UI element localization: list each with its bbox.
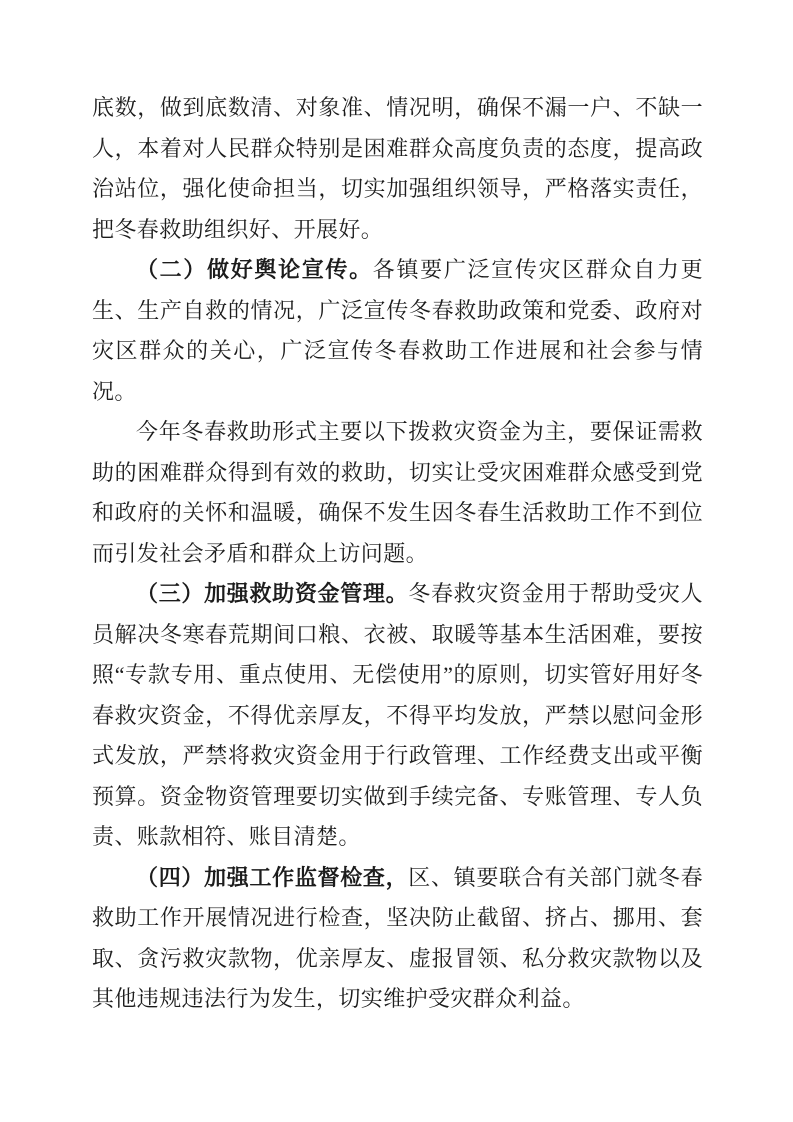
section-3-heading: （三）加强救助资金管理。 xyxy=(136,581,408,606)
paragraph-section-2: （二）做好舆论宣传。各镇要广泛宣传灾区群众自力更生、生产自救的情况，广泛宣传冬春… xyxy=(92,250,703,412)
section-2-heading: （二）做好舆论宣传。 xyxy=(136,257,373,282)
section-4-heading: （四）加强工作监督检查， xyxy=(136,865,408,890)
paragraph-text: 冬春救灾资金用于帮助受灾人员解决冬寒春荒期间口粮、衣被、取暖等基本生活困难，要按… xyxy=(92,581,703,849)
document-body: 底数，做到底数清、对象准、情况明，确保不漏一户、不缺一人，本着对人民群众特别是困… xyxy=(92,88,703,1020)
paragraph-continuation: 底数，做到底数清、对象准、情况明，确保不漏一户、不缺一人，本着对人民群众特别是困… xyxy=(92,88,703,250)
paragraph-section-3: （三）加强救助资金管理。冬春救灾资金用于帮助受灾人员解决冬寒春荒期间口粮、衣被、… xyxy=(92,574,703,858)
paragraph-text: 底数，做到底数清、对象准、情况明，确保不漏一户、不缺一人，本着对人民群众特别是困… xyxy=(92,95,703,242)
paragraph-funding-form: 今年冬春救助形式主要以下拨救灾资金为主，要保证需救助的困难群众得到有效的救助，切… xyxy=(92,412,703,574)
paragraph-text: 今年冬春救助形式主要以下拨救灾资金为主，要保证需救助的困难群众得到有效的救助，切… xyxy=(92,419,703,566)
document-page: 底数，做到底数清、对象准、情况明，确保不漏一户、不缺一人，本着对人民群众特别是困… xyxy=(0,0,793,1122)
paragraph-section-4: （四）加强工作监督检查，区、镇要联合有关部门就冬春救助工作开展情况进行检查，坚决… xyxy=(92,858,703,1020)
